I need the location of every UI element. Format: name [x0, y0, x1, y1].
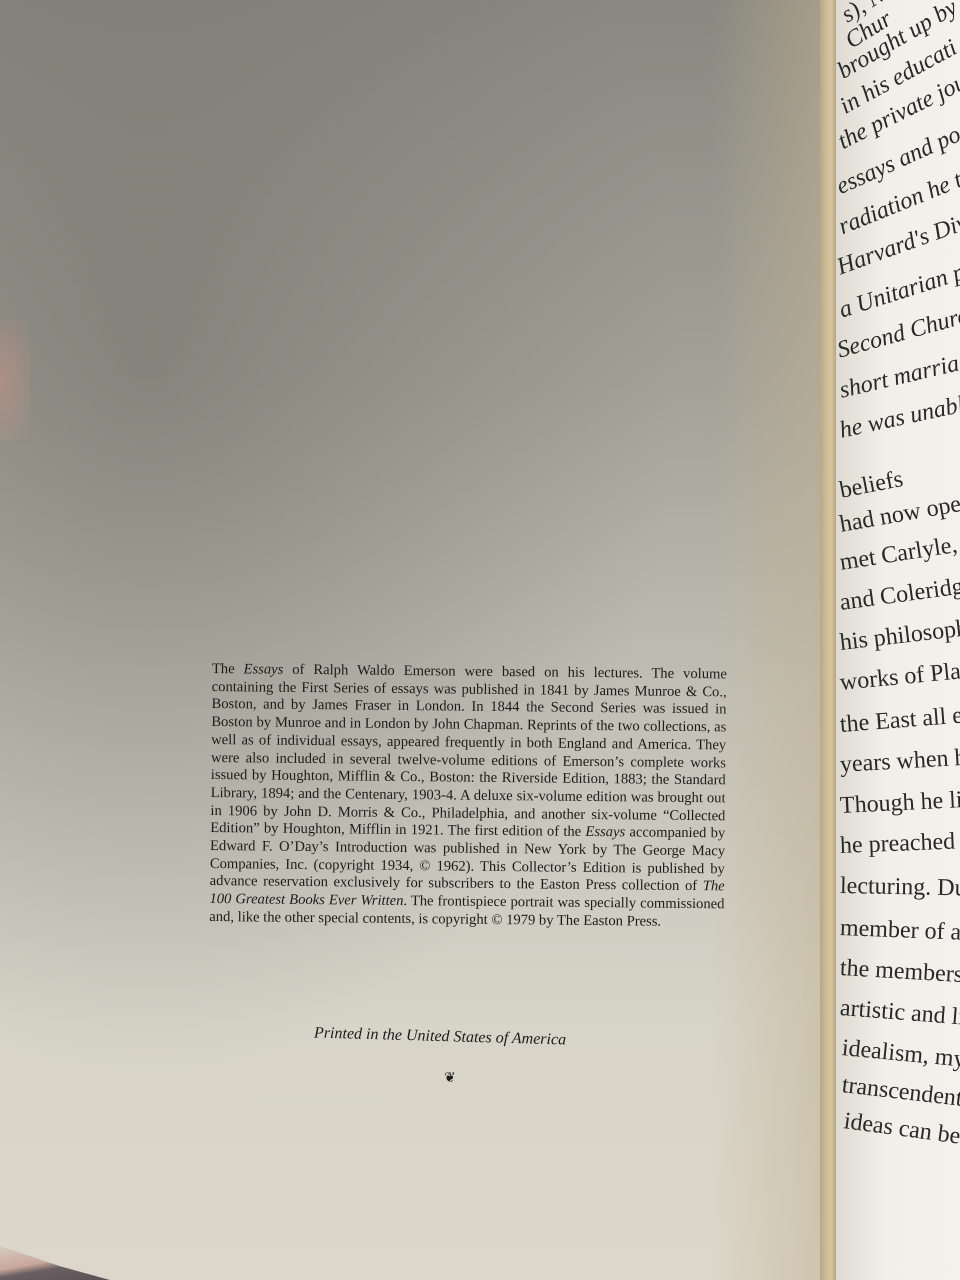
right-page-text-line: beliefs	[837, 466, 905, 505]
italic-title-text: Essays	[244, 661, 284, 677]
right-page-text-line: lecturing. During the	[840, 873, 960, 904]
right-page-text-line: the members were e	[839, 955, 960, 993]
right-page-text-line: member of a group th	[839, 915, 960, 950]
right-book-page: s), NChurbrought up byin his educatithe …	[836, 0, 960, 1280]
right-page-text-line: years when he returned	[839, 739, 960, 779]
right-page-text-line: Though he lived in C	[839, 783, 960, 820]
left-book-page: The Essays of Ralph Waldo Emerson were b…	[0, 0, 830, 1280]
printer-ornament-icon: ❦	[444, 1070, 456, 1087]
light-glare	[0, 320, 30, 440]
printed-in-usa-imprint: Printed in the United States of America	[314, 1024, 567, 1049]
italic-title-text: Essays	[585, 824, 625, 840]
colophon-text: The	[212, 661, 244, 677]
right-page-text-line: ideas can be found	[842, 1108, 960, 1159]
colophon-text: of Ralph Waldo Emerson were based on his…	[210, 661, 727, 840]
colophon-paragraph: The Essays of Ralph Waldo Emerson were b…	[209, 661, 727, 932]
right-page-text-line: he preached in Boston	[839, 825, 960, 860]
right-page-text-line: artistic and literary mo	[839, 995, 960, 1039]
right-page-text-line: the East all entered in	[839, 696, 960, 739]
